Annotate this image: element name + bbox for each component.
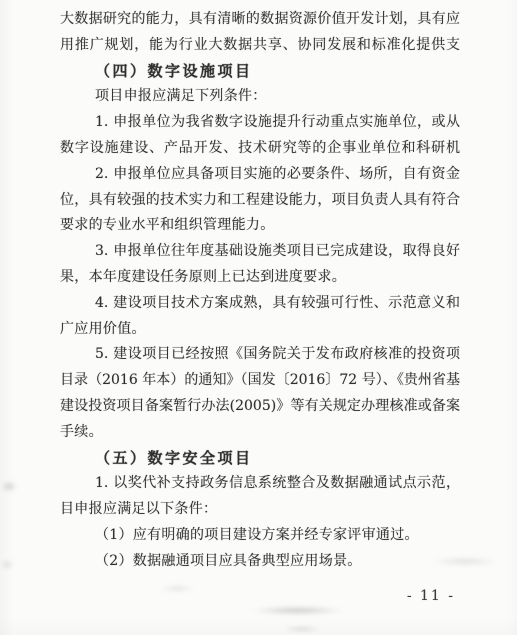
text-line: 1. 以奖代补支持政务信息系统整合及数据融通试点示范，项 [60,471,460,497]
text-line: 数字设施建设、产品开发、技术研究等的企事业单位和科研机构。 [60,136,460,162]
text-line: 项目申报应满足下列条件： [60,84,460,110]
section-heading-5: （五）数字安全项目 [60,446,460,472]
scan-smudge [250,606,345,615]
text-line: 广应用价值。 [60,317,460,343]
text-line: 目申报应满足以下条件： [60,497,460,523]
text-line: 果，本年度建设任务原则上已达到进度要求。 [60,265,460,291]
text-line: 3. 申报单位往年度基础设施类项目已完成建设，取得良好效 [60,239,460,265]
text-line: 要求的专业水平和组织管理能力。 [60,213,460,239]
text-line: 2. 申报单位应具备项目实施的必要条件、场所，自有资金到 [60,162,460,188]
text-line: 1. 申报单位为我省数字设施提升行动重点实施单位，或从事 [60,110,460,136]
page-number: - 11 - [407,588,455,604]
text-line: 5. 建设项目已经按照《国务院关于发布政府核准的投资项目 [60,342,460,368]
scan-smudge [282,626,322,632]
scan-smudge [160,585,194,592]
scan-smudge [1,481,17,492]
scan-smudge [0,560,14,569]
section-heading-4: （四）数字设施项目 [60,59,460,85]
text-block: 大数据研究的能力，具有清晰的数据资源价值开发计划，具有应 用推广规划，能为行业大… [60,7,460,575]
text-line: 建设投资项目备案暂行办法(2005)》等有关规定办理核准或备案 [60,394,460,420]
text-line: 用推广规划，能为行业大数据共享、协同发展和标准化提供支持)。 [60,33,460,59]
text-line: 位，具有较强的技术实力和工程建设能力，项目负责人具有符合 [60,188,460,214]
text-line: （1）应有明确的项目建设方案并经专家评审通过。 [60,523,460,549]
text-line: 目录（2016 年本）的通知》（国发〔2016〕72 号）、《贵州省基本 [60,368,460,394]
text-line: 4. 建设项目技术方案成熟，具有较强可行性、示范意义和推 [60,291,460,317]
text-line: （2）数据融通项目应具备典型应用场景。 [60,549,460,575]
text-line: 大数据研究的能力，具有清晰的数据资源价值开发计划，具有应 [60,7,460,33]
text-line: 手续。 [60,420,460,446]
document-page: 大数据研究的能力，具有清晰的数据资源价值开发计划，具有应 用推广规划，能为行业大… [0,0,517,635]
